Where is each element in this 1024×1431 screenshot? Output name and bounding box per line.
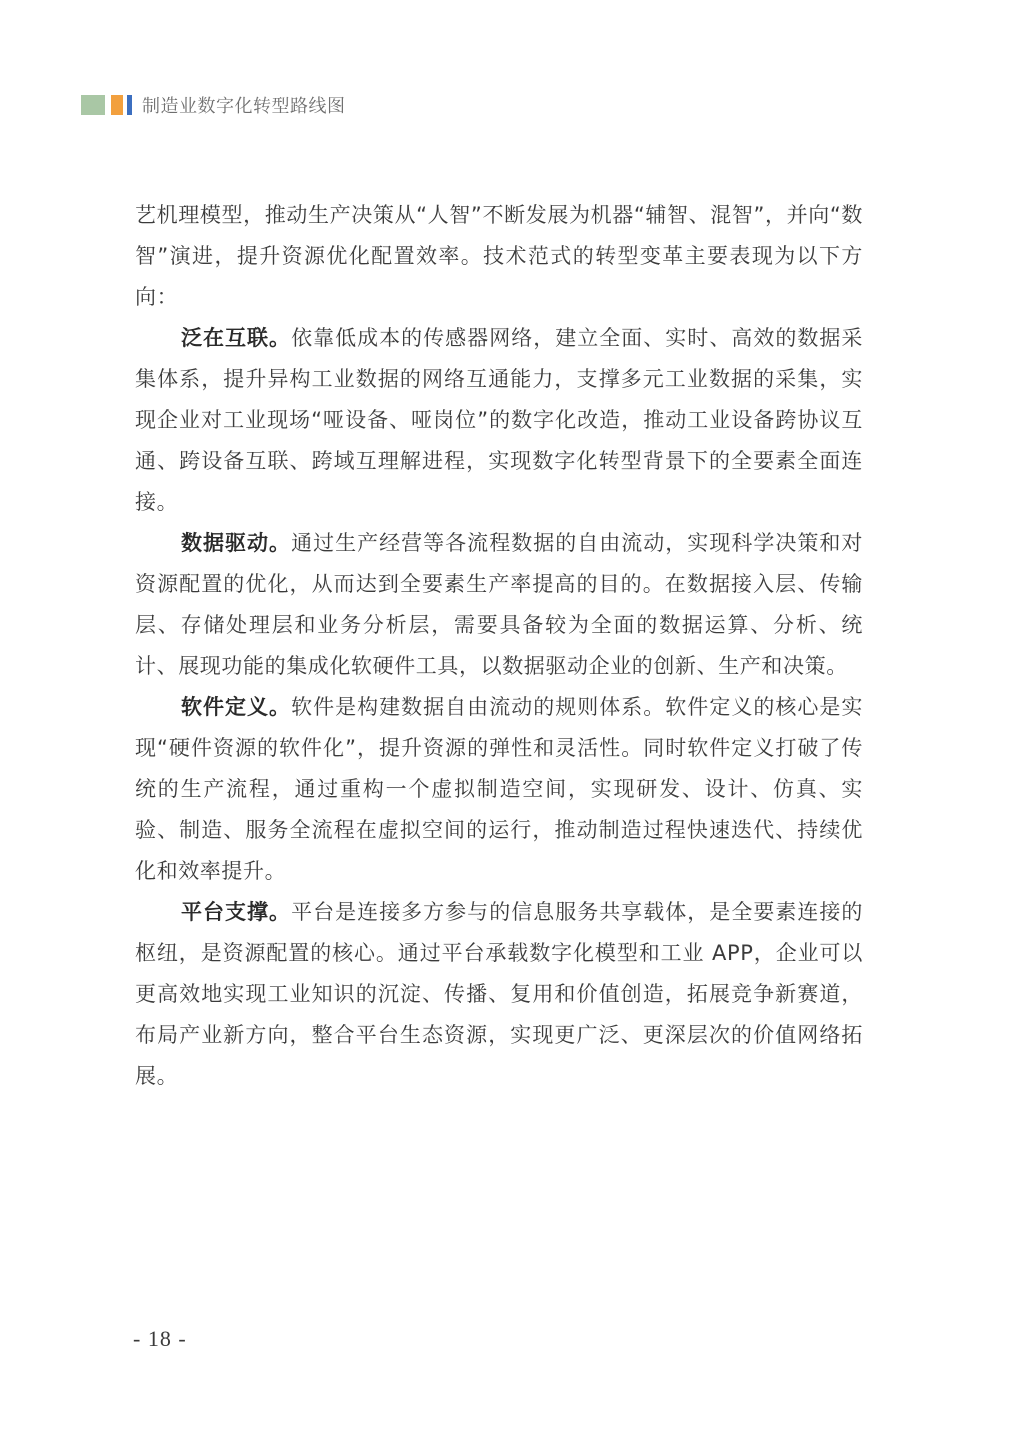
- paragraph-text: 软件是构建数据自由流动的规则体系。软件定义的核心是实现“硬件资源的软件化”，提升…: [135, 695, 863, 883]
- running-header: 制造业数字化转型路线图: [81, 94, 346, 116]
- paragraph-text: 平台是连接多方参与的信息服务共享载体，是全要素连接的枢纽，是资源配置的核心。通过…: [135, 900, 863, 1088]
- header-decor-green-block: [81, 95, 105, 115]
- paragraph-data-driven: 数据驱动。通过生产经营等各流程数据的自由流动，实现科学决策和对资源配置的优化，从…: [135, 523, 863, 687]
- paragraph-heading: 软件定义。: [181, 695, 291, 719]
- paragraph-platform-support: 平台支撑。平台是连接多方参与的信息服务共享载体，是全要素连接的枢纽，是资源配置的…: [135, 892, 863, 1097]
- body-text: 艺机理模型，推动生产决策从“人智”不断发展为机器“辅智、混智”，并向“数智”演进…: [135, 195, 863, 1097]
- paragraph-text: 艺机理模型，推动生产决策从“人智”不断发展为机器“辅智、混智”，并向“数智”演进…: [135, 203, 863, 309]
- document-title: 制造业数字化转型路线图: [142, 92, 346, 118]
- paragraph-heading: 平台支撑。: [181, 900, 291, 924]
- paragraph-software-defined: 软件定义。软件是构建数据自由流动的规则体系。软件定义的核心是实现“硬件资源的软件…: [135, 687, 863, 892]
- paragraph-continuation: 艺机理模型，推动生产决策从“人智”不断发展为机器“辅智、混智”，并向“数智”演进…: [135, 195, 863, 318]
- header-decor-blue-block: [127, 95, 132, 115]
- header-decor-orange-block: [111, 95, 123, 115]
- paragraph-heading: 数据驱动。: [181, 531, 291, 555]
- paragraph-text: 依靠低成本的传感器网络，建立全面、实时、高效的数据采集体系，提升异构工业数据的网…: [135, 326, 863, 514]
- page-number: - 18 -: [133, 1326, 187, 1352]
- paragraph-heading: 泛在互联。: [181, 326, 291, 350]
- paragraph-ubiquitous-interconnection: 泛在互联。依靠低成本的传感器网络，建立全面、实时、高效的数据采集体系，提升异构工…: [135, 318, 863, 523]
